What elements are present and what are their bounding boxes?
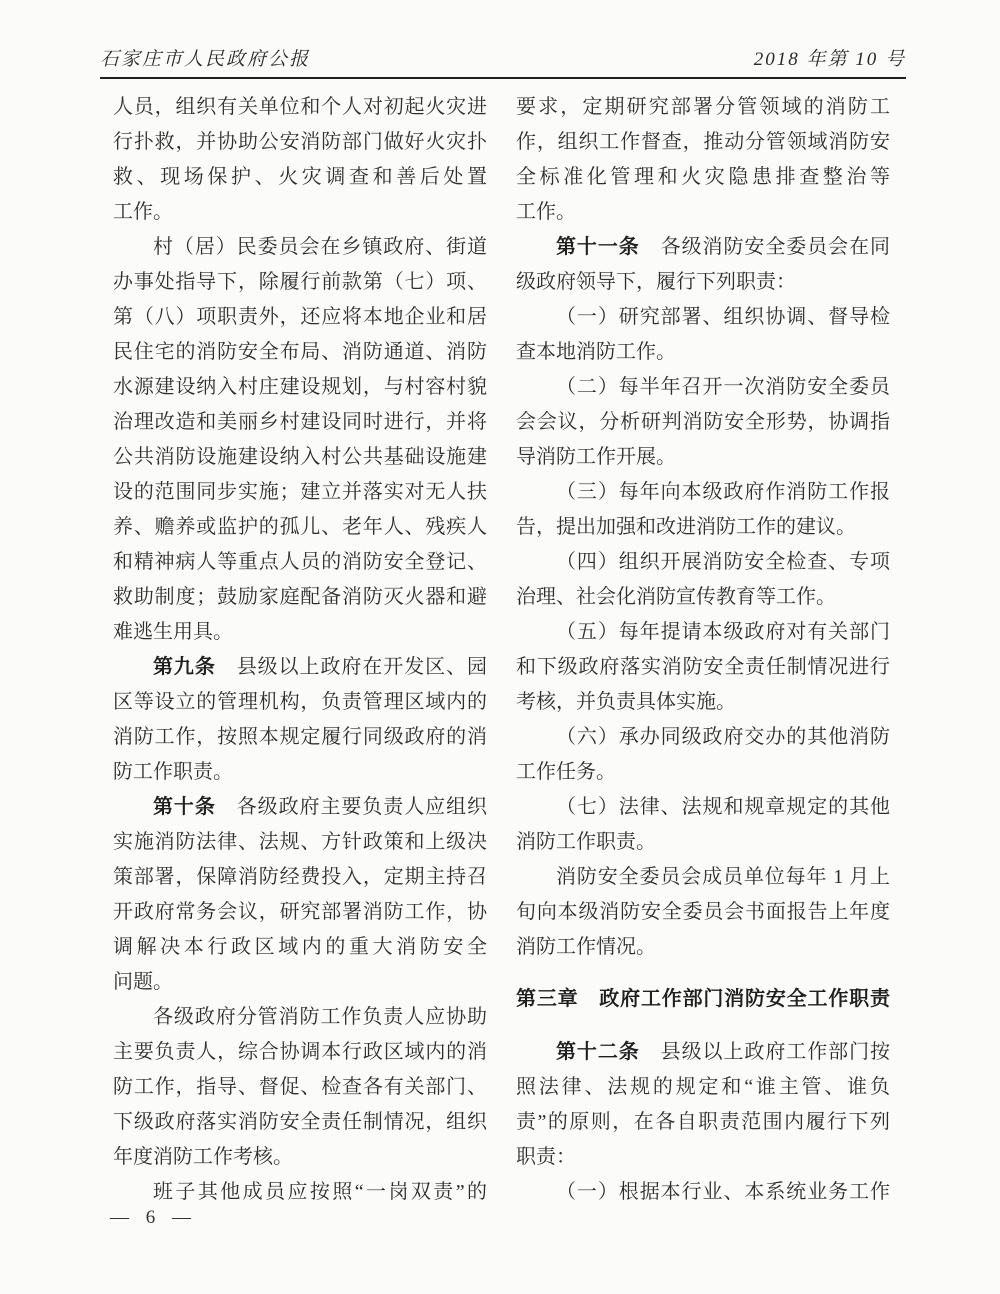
text-line: 主要负责人，综合协调本行政区域内的消 bbox=[113, 1035, 487, 1070]
text-line: 导消防工作开展。 bbox=[516, 440, 890, 475]
text-line: 村（居）民委员会在乡镇政府、街道 bbox=[113, 230, 487, 265]
text-line: 治理、社会化消防宣传教育等工作。 bbox=[516, 580, 890, 615]
text-line: 消防工作情况。 bbox=[516, 930, 890, 965]
document-body: 人员，组织有关单位和个人对初起火灾进行扑救，并协助公安消防部门做好火灾扑救、现场… bbox=[113, 90, 890, 1210]
text-line: 第（八）项职责外，还应将本地企业和居 bbox=[113, 300, 487, 335]
article-number: 第十条 bbox=[153, 796, 216, 818]
text-line: 难逃生用具。 bbox=[113, 615, 487, 650]
text-line: 级政府领导下，履行下列职责： bbox=[516, 265, 890, 300]
text-line: 消防工作，按照本规定履行同级政府的消 bbox=[113, 720, 487, 755]
text-line: 工作任务。 bbox=[516, 755, 890, 790]
text-line: 区等设立的管理机构，负责管理区域内的 bbox=[113, 685, 487, 720]
text-line: 防工作，指导、督促、检查各有关部门、 bbox=[113, 1070, 487, 1105]
text-line: 救、现场保护、火灾调查和善后处置 bbox=[113, 160, 487, 195]
text-line: 行扑救，并协助公安消防部门做好火灾扑 bbox=[113, 125, 487, 160]
text-line: 办事处指导下，除履行前款第（七）项、 bbox=[113, 265, 487, 300]
text-line: （二）每半年召开一次消防安全委员 bbox=[516, 370, 890, 405]
right-column: 要求，定期研究部署分管领域的消防工作，组织工作督查，推动分管领域消防安全标准化管… bbox=[516, 90, 890, 1210]
text-line: （一）根据本行业、本系统业务工作 bbox=[516, 1175, 890, 1210]
text-line: 年度消防工作考核。 bbox=[113, 1140, 487, 1175]
text-line: （四）组织开展消防安全检查、专项 bbox=[516, 545, 890, 580]
article-number: 第十一条 bbox=[556, 236, 640, 258]
text-line: 第九条 县级以上政府在开发区、园 bbox=[113, 650, 487, 685]
gazette-title: 石家庄市人民政府公报 bbox=[100, 44, 310, 71]
text-line: 考核，并负责具体实施。 bbox=[516, 685, 890, 720]
text-line: 设的范围同步实施；建立并落实对无人扶 bbox=[113, 475, 487, 510]
left-column: 人员，组织有关单位和个人对初起火灾进行扑救，并协助公安消防部门做好火灾扑救、现场… bbox=[113, 90, 487, 1210]
text-line: （五）每年提请本级政府对有关部门 bbox=[516, 615, 890, 650]
text-line: 旬向本级消防安全委员会书面报告上年度 bbox=[516, 895, 890, 930]
text-line: 各级政府分管消防工作负责人应协助 bbox=[113, 1000, 487, 1035]
text-line: 公共消防设施建设纳入村公共基础设施建 bbox=[113, 440, 487, 475]
text-line: 治理改造和美丽乡村建设同时进行，并将 bbox=[113, 405, 487, 440]
text-line: （一）研究部署、组织协调、督导检 bbox=[516, 300, 890, 335]
article-number: 第十二条 bbox=[556, 1041, 640, 1063]
text-line: 照法律、法规的规定和“谁主管、谁负 bbox=[516, 1070, 890, 1105]
page-header: 石家庄市人民政府公报 2018 年第 10 号 bbox=[100, 44, 906, 71]
text-line: 告，提出加强和改进消防工作的建议。 bbox=[516, 510, 890, 545]
text-line: 和下级政府落实消防安全责任制情况进行 bbox=[516, 650, 890, 685]
text-line: 作，组织工作督查，推动分管领域消防安 bbox=[516, 125, 890, 160]
text-line: 防工作职责。 bbox=[113, 755, 487, 790]
page-number: — 6 — bbox=[110, 1206, 191, 1230]
text-line: 工作。 bbox=[516, 195, 890, 230]
text-line: 和精神病人等重点人员的消防安全登记、 bbox=[113, 545, 487, 580]
text-line: 全标准化管理和火灾隐患排查整治等 bbox=[516, 160, 890, 195]
issue-label: 2018 年第 10 号 bbox=[754, 44, 906, 71]
text-line: 第十二条 县级以上政府工作部门按 bbox=[516, 1035, 890, 1070]
text-line: 调解决本行政区域内的重大消防安全 bbox=[113, 930, 487, 965]
text-line: 职责： bbox=[516, 1140, 890, 1175]
text-line: 水源建设纳入村庄建设规划，与村容村貌 bbox=[113, 370, 487, 405]
text-line: 责”的原则，在各自职责范围内履行下列 bbox=[516, 1105, 890, 1140]
text-line: 查本地消防工作。 bbox=[516, 335, 890, 370]
chapter-heading: 第三章 政府工作部门消防安全工作职责 bbox=[516, 982, 890, 1017]
text-line: 要求，定期研究部署分管领域的消防工 bbox=[516, 90, 890, 125]
text-line: 下级政府落实消防安全责任制情况，组织 bbox=[113, 1105, 487, 1140]
text-line: 问题。 bbox=[113, 965, 487, 1000]
text-line: 救助制度；鼓励家庭配备消防灭火器和避 bbox=[113, 580, 487, 615]
text-line: 实施消防法律、法规、方针政策和上级决 bbox=[113, 825, 487, 860]
text-line: （七）法律、法规和规章规定的其他 bbox=[516, 790, 890, 825]
text-line: 消防安全委员会成员单位每年 1 月上 bbox=[516, 860, 890, 895]
article-number: 第九条 bbox=[153, 656, 216, 678]
text-line: 工作。 bbox=[113, 195, 487, 230]
text-line: （三）每年向本级政府作消防工作报 bbox=[516, 475, 890, 510]
text-line: 策部署，保障消防经费投入，定期主持召 bbox=[113, 860, 487, 895]
text-line: 开政府常务会议，研究部署消防工作，协 bbox=[113, 895, 487, 930]
text-line: 第十条 各级政府主要负责人应组织 bbox=[113, 790, 487, 825]
header-rule bbox=[100, 77, 906, 79]
text-line: 人员，组织有关单位和个人对初起火灾进 bbox=[113, 90, 487, 125]
text-line: （六）承办同级政府交办的其他消防 bbox=[516, 720, 890, 755]
text-line: 第十一条 各级消防安全委员会在同 bbox=[516, 230, 890, 265]
text-line: 消防工作职责。 bbox=[516, 825, 890, 860]
text-line: 民住宅的消防安全布局、消防通道、消防 bbox=[113, 335, 487, 370]
text-line: 班子其他成员应按照“一岗双责”的 bbox=[113, 1175, 487, 1210]
text-line: 会会议，分析研判消防安全形势，协调指 bbox=[516, 405, 890, 440]
gazette-page: { "header": { "gazette_title": "石家庄市人民政府… bbox=[0, 0, 1000, 1294]
text-line: 养、赡养或监护的孤儿、老年人、残疾人 bbox=[113, 510, 487, 545]
